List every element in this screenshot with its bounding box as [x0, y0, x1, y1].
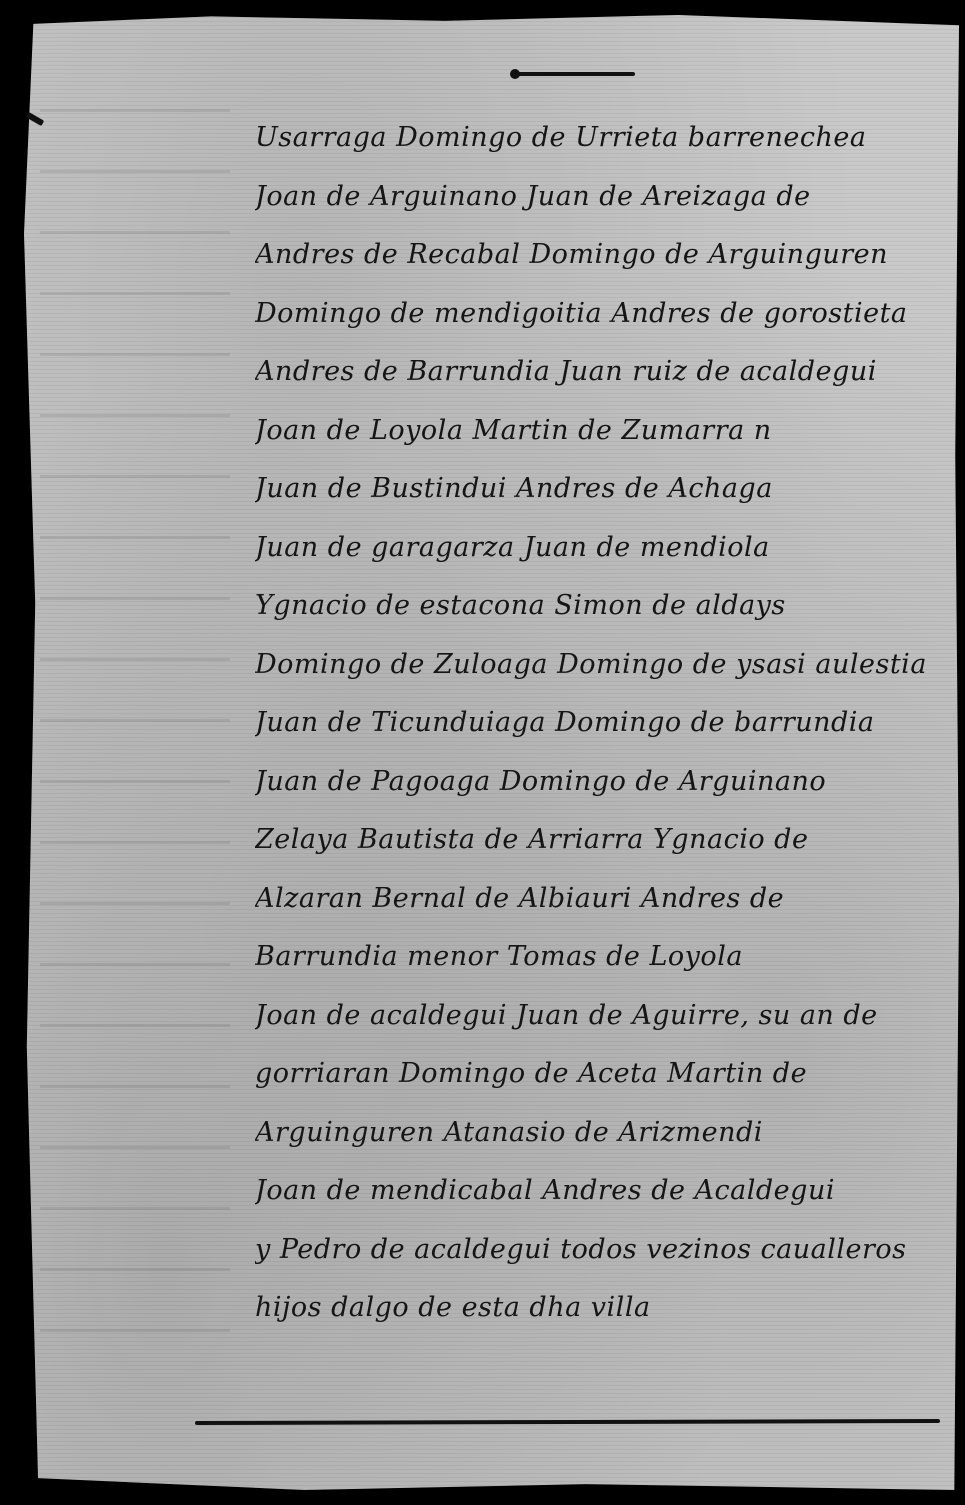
- text-line-16: Joan de acaldegui Juan de Aguirre, su an…: [255, 996, 945, 1055]
- text-line-8: Juan de garagarza Juan de mendiola: [255, 528, 945, 587]
- text-line-13: Zelaya Bautista de Arriarra Ygnacio de: [255, 820, 945, 879]
- text-line-5: Andres de Barrundia Juan ruiz de acaldeg…: [255, 352, 945, 411]
- text-line-17: gorriaran Domingo de Aceta Martin de: [255, 1054, 945, 1113]
- text-line-7: Juan de Bustindui Andres de Achaga: [255, 469, 945, 528]
- text-line-4: Domingo de mendigoitia Andres de gorosti…: [255, 294, 945, 353]
- text-line-10: Domingo de Zuloaga Domingo de ysasi aule…: [255, 645, 945, 704]
- text-line-3: Andres de Recabal Domingo de Arguinguren: [255, 235, 945, 294]
- text-line-19: Joan de mendicabal Andres de Acaldegui: [255, 1171, 945, 1230]
- text-line-1: Usarraga Domingo de Urrieta barrenechea: [255, 118, 945, 177]
- text-line-14: Alzaran Bernal de Albiauri Andres de: [255, 879, 945, 938]
- top-ink-rule: [515, 72, 635, 76]
- manuscript-text: Usarraga Domingo de Urrieta barrenechea …: [255, 118, 945, 1347]
- text-line-2: Joan de Arguinano Juan de Areizaga de: [255, 177, 945, 236]
- text-line-18: Arguinguren Atanasio de Arizmendi: [255, 1113, 945, 1172]
- text-line-20: y Pedro de acaldegui todos vezinos caual…: [255, 1230, 945, 1289]
- text-line-6: Joan de Loyola Martin de Zumarra n: [255, 411, 945, 470]
- text-line-21: hijos dalgo de esta dha villa: [255, 1288, 945, 1347]
- text-line-9: Ygnacio de estacona Simon de aldays: [255, 586, 945, 645]
- text-line-15: Barrundia menor Tomas de Loyola: [255, 937, 945, 996]
- text-line-11: Juan de Ticunduiaga Domingo de barrundia: [255, 703, 945, 762]
- text-line-12: Juan de Pagoaga Domingo de Arguinano: [255, 762, 945, 821]
- faded-margin-writing: [40, 90, 230, 1390]
